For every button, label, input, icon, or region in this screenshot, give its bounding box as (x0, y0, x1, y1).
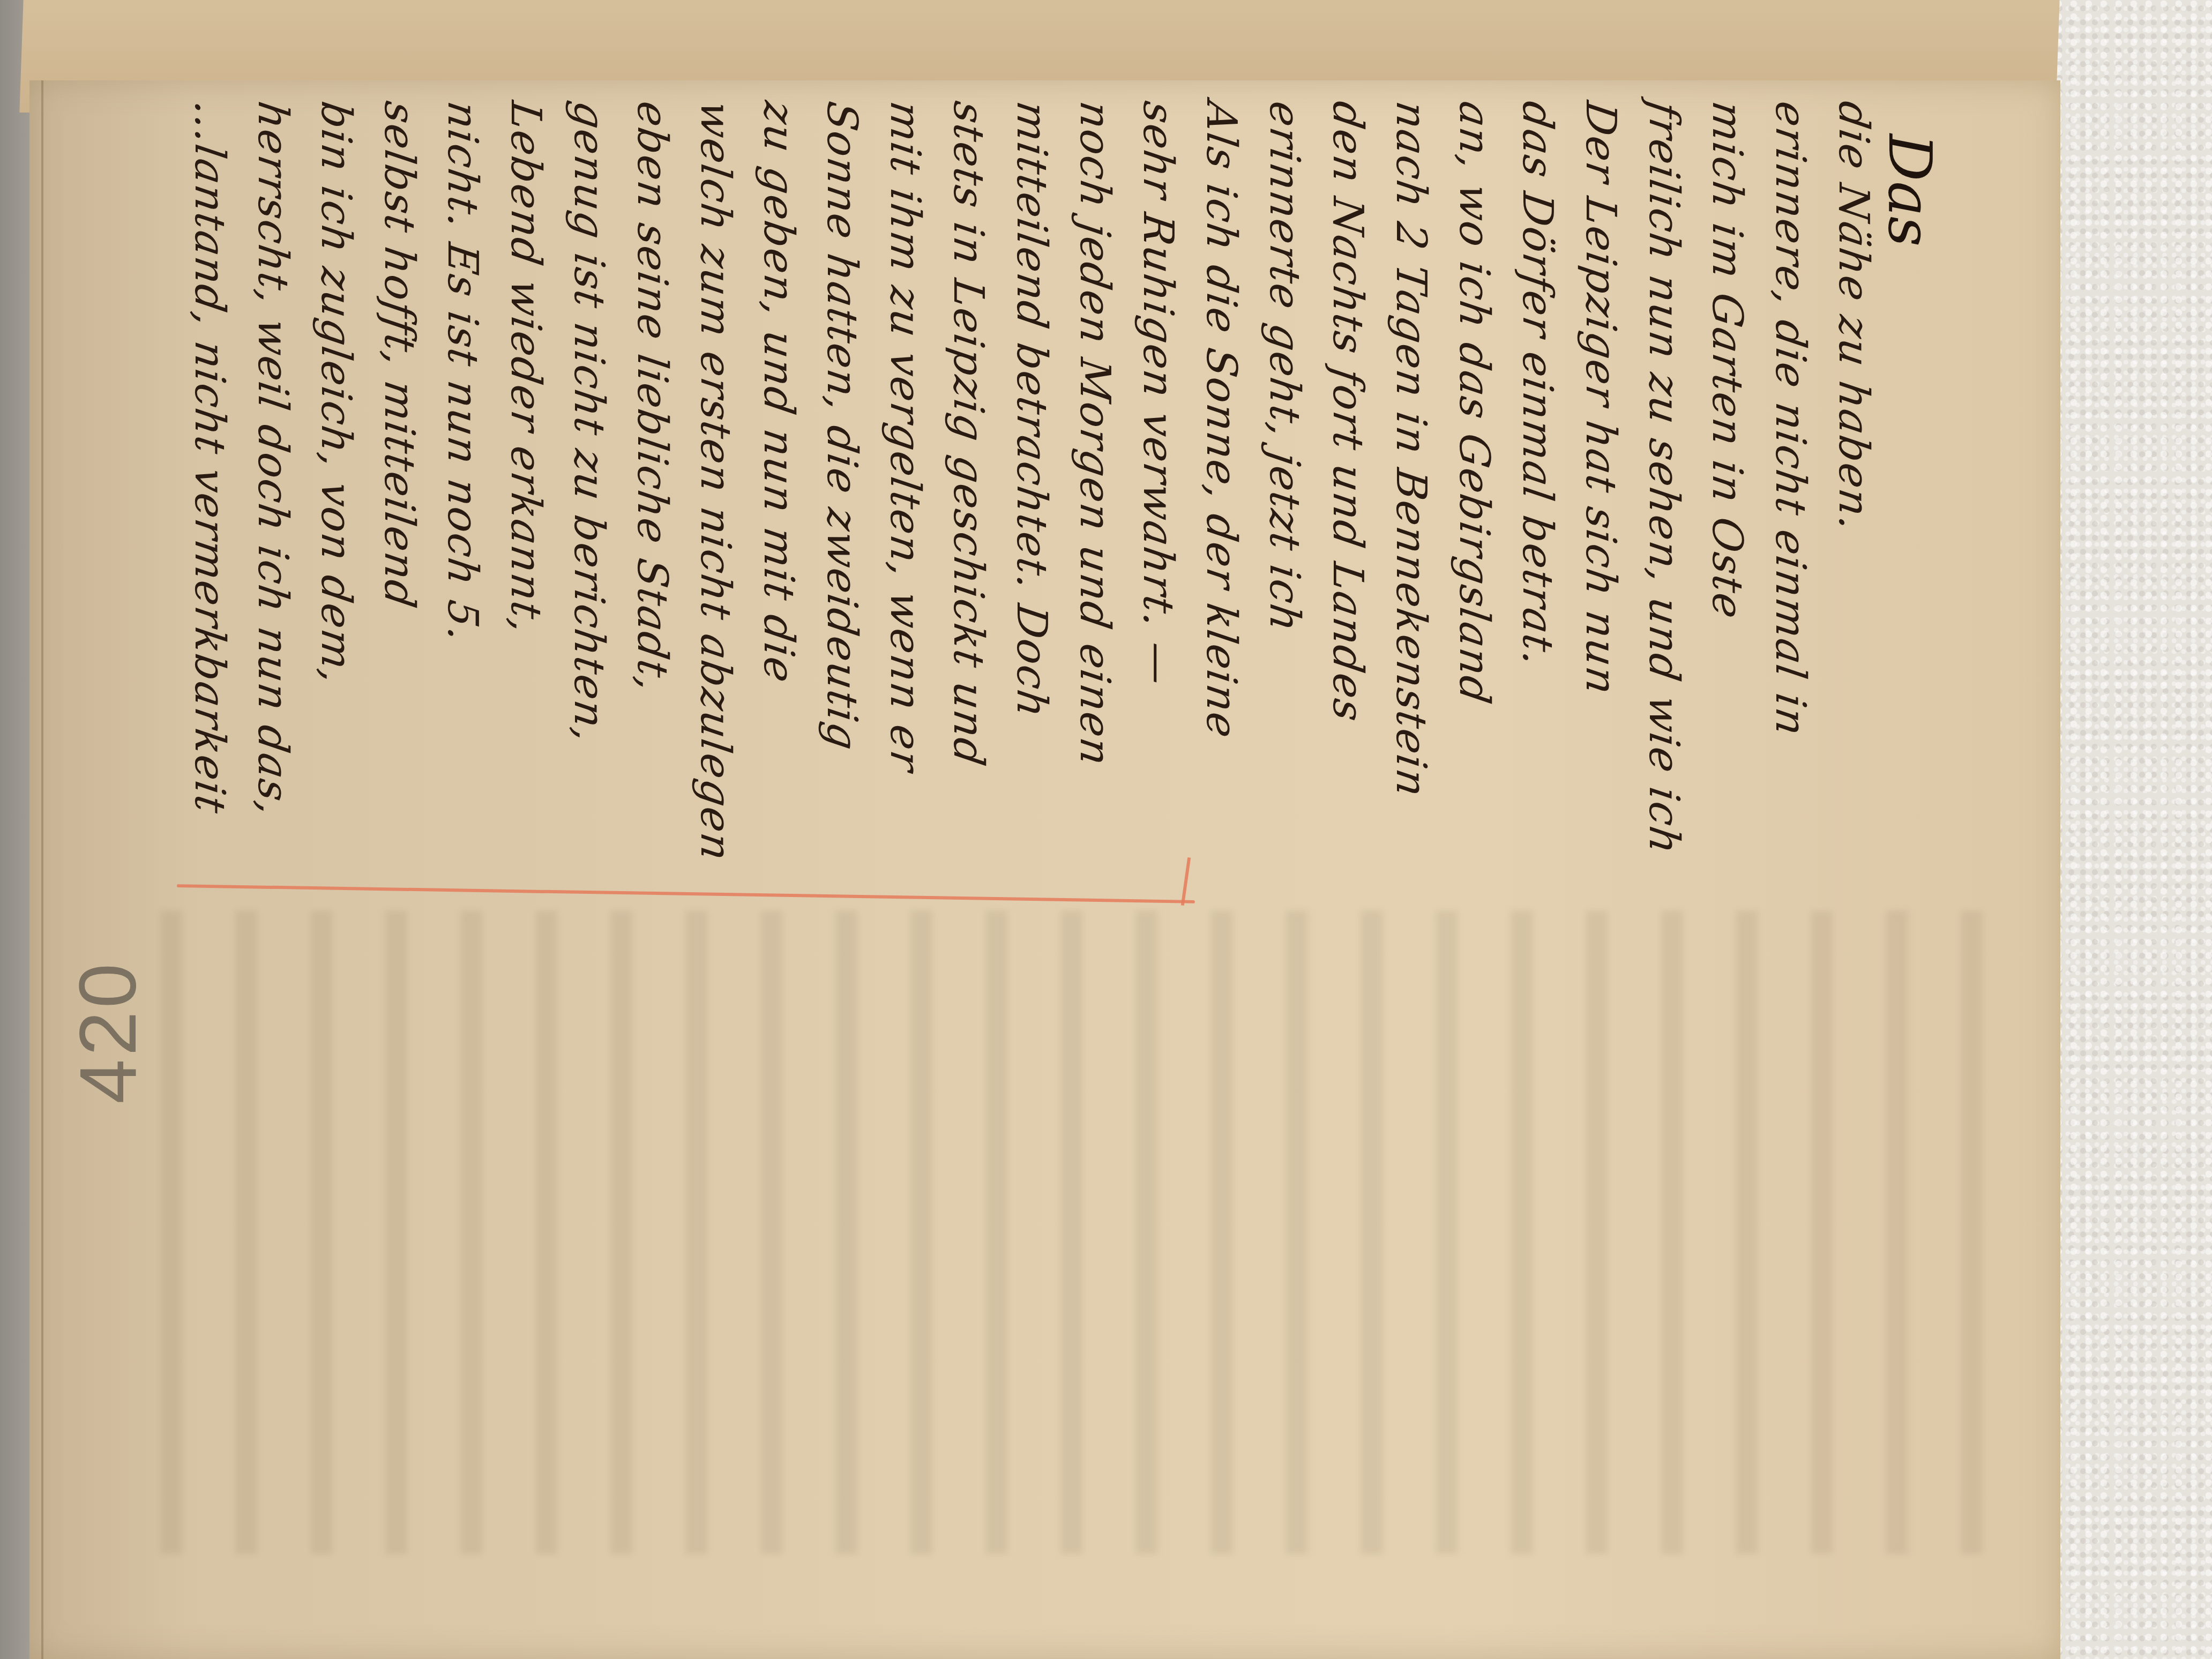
handwritten-line: mitteilend betrachtet. Doch (1011, 99, 1052, 721)
handwritten-line: die Nähe zu haben. (1833, 99, 1874, 535)
handwritten-line: mich im Garten in Oste (1706, 99, 1748, 622)
handwritten-line: mit ihm zu vergelten, wenn er (884, 99, 926, 775)
handwritten-line: genug ist nicht zu berichten, (568, 99, 610, 746)
handwritten-line: selbst hofft, mitteilend (378, 99, 420, 611)
handwritten-line: stets in Leipzig geschickt und (947, 99, 989, 769)
handwritten-line: freilich nun zu sehen, und wie ich (1643, 99, 1685, 858)
handwritten-line: eben seine liebliche Stadt, (631, 99, 673, 696)
handwritten-line: das Dörfer einmal betrat. (1516, 99, 1558, 670)
handwritten-line: nicht. Es ist nun noch 5. (442, 99, 483, 646)
handwritten-line: …lantand, nicht vermerkbarkeit (189, 99, 230, 817)
fabric-left-edge (0, 0, 32, 1659)
bleed-through-text (161, 911, 2009, 1554)
page-number: 420 (62, 960, 154, 1104)
page-fold-line (41, 80, 43, 1659)
handwritten-line: zu geben, und nun mit die (758, 99, 799, 686)
handwritten-line: Der Leipziger hat sich nun (1580, 99, 1621, 698)
handwritten-line: den Nachts fort und Landes (1327, 99, 1369, 725)
handwritten-line: Lebend wieder erkannt, (505, 99, 547, 637)
handwritten-line: bin ich zugleich, von dem, (315, 99, 357, 687)
handwritten-line: sehr Ruhigen verwahrt. — (1137, 99, 1179, 689)
handwritten-line: herrscht, weil doch ich nun das, (252, 99, 294, 819)
catchword: Das (1875, 134, 1944, 246)
handwritten-line: an, wo ich das Gebirgsland (1453, 99, 1495, 707)
handwritten-line: erinnere, die nicht einmal in (1769, 99, 1811, 739)
handwritten-line: Als ich die Sonne, der kleine (1200, 99, 1242, 742)
handwritten-line: erinnerte geht, jetzt ich (1264, 99, 1305, 636)
handwritten-line: nach 2 Tagen in Bennekenstein (1390, 99, 1432, 801)
handwritten-line: noch jeden Morgen und einen (1074, 99, 1116, 769)
handwritten-line: welch zum ersten nicht abzulegen (694, 99, 736, 864)
handwritten-line: Sonne hatten, die zweideutig (821, 99, 863, 754)
